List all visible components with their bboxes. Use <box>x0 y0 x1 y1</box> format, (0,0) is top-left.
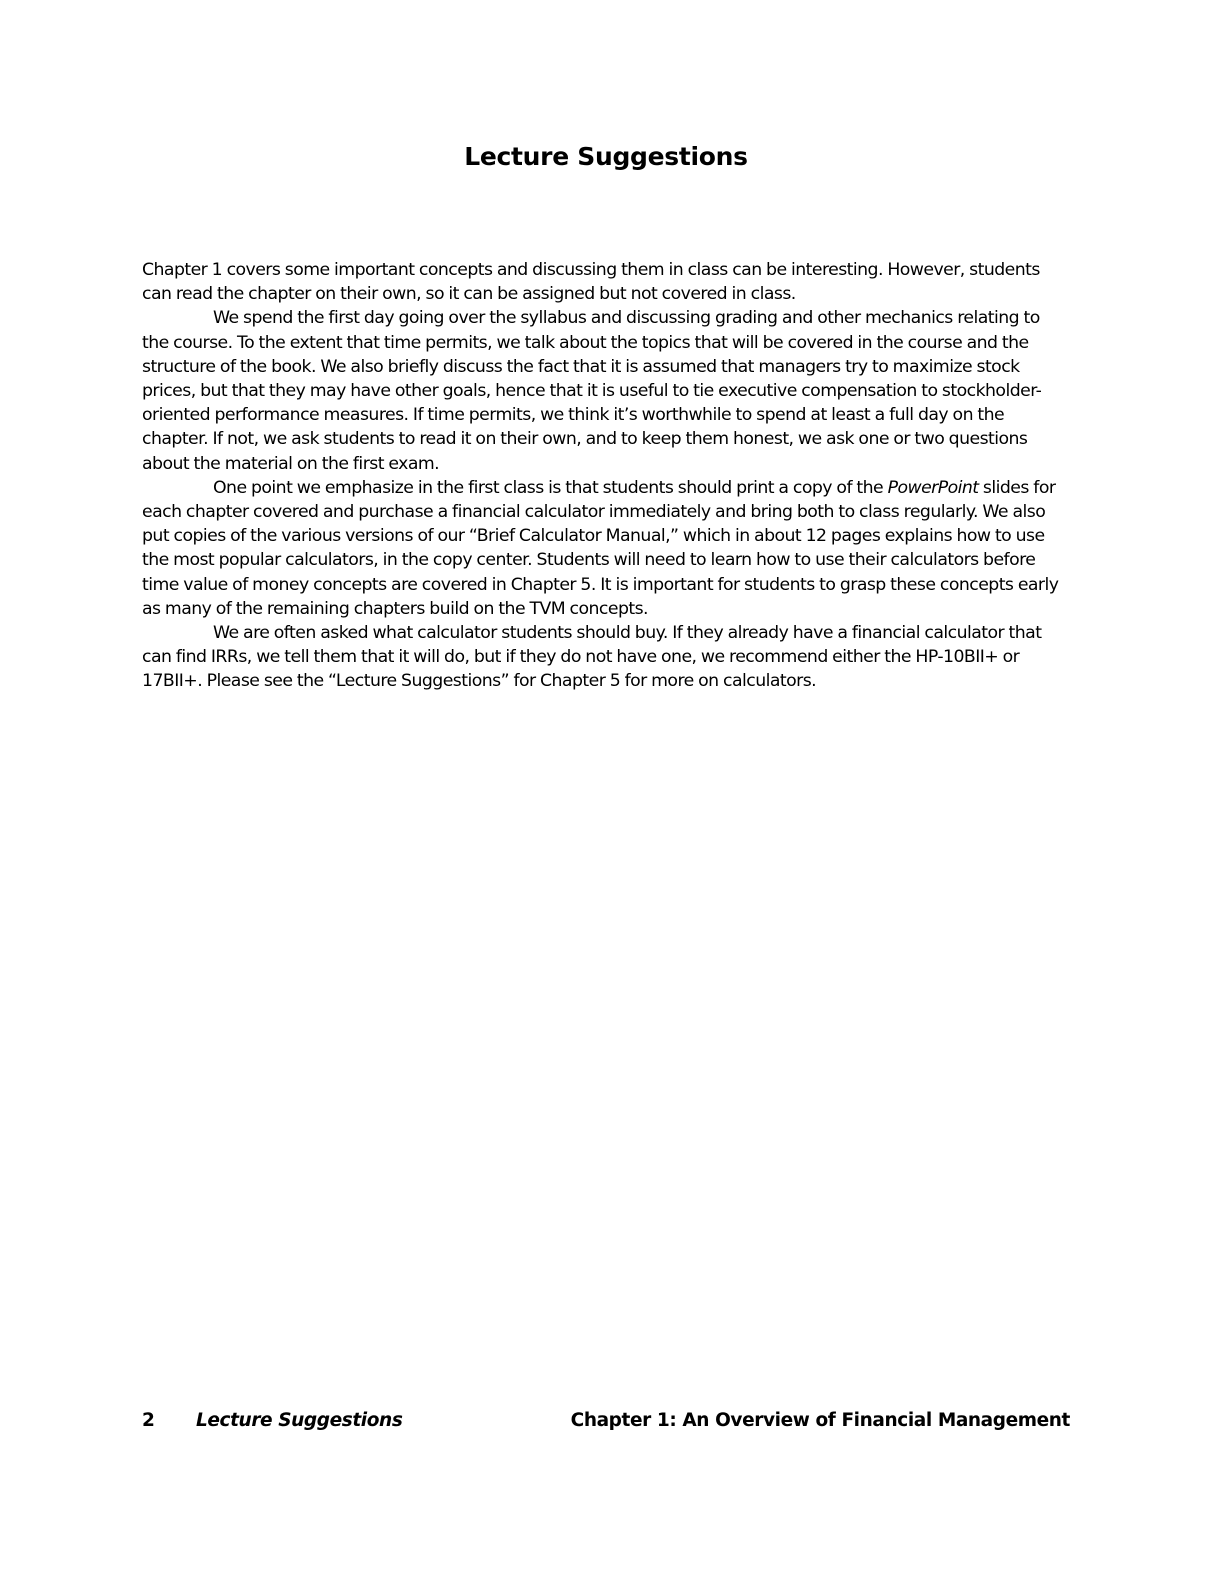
paragraph-calculators: We are often asked what calculator stude… <box>142 621 1070 694</box>
paragraph-first-class-rest: slides for each chapter covered and purc… <box>142 478 1058 619</box>
footer-section-title: Lecture Suggestions <box>196 1410 402 1431</box>
body-text: Chapter 1 covers some important concepts… <box>142 258 1070 694</box>
footer-chapter-title: Chapter 1: An Overview of Financial Mana… <box>571 1410 1070 1431</box>
page-title: Lecture Suggestions <box>0 142 1212 171</box>
page-footer: 2 Lecture Suggestions Chapter 1: An Over… <box>142 1410 1070 1436</box>
powerpoint-emphasis: PowerPoint <box>888 478 979 498</box>
page-number: 2 <box>142 1410 154 1431</box>
paragraph-first-class-lead: One point we emphasize in the first clas… <box>213 478 888 498</box>
paragraph-intro: Chapter 1 covers some important concepts… <box>142 258 1070 306</box>
paragraph-first-class: One point we emphasize in the first clas… <box>142 476 1070 621</box>
paragraph-first-day: We spend the first day going over the sy… <box>142 306 1070 475</box>
